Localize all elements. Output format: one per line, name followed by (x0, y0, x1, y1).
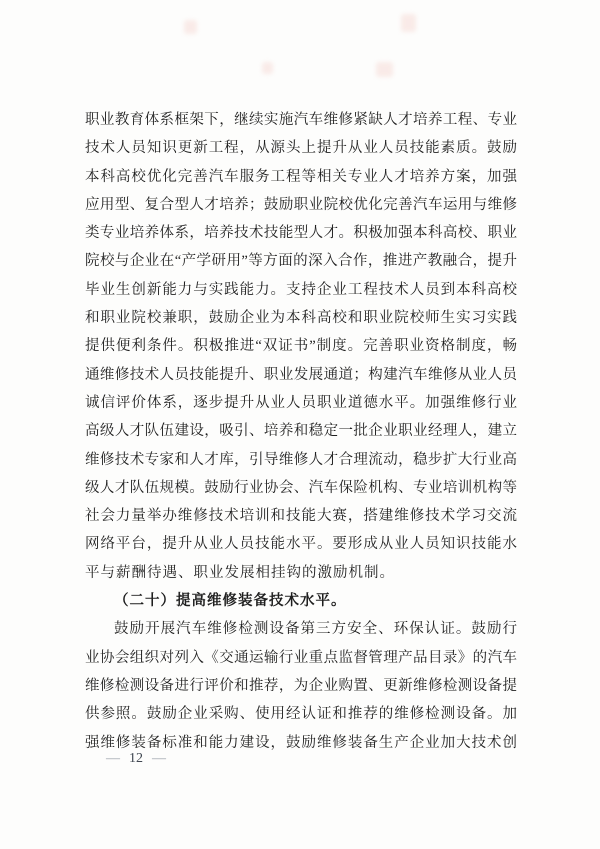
stamp-residue-mark (184, 20, 197, 34)
body-text-line: 提供便利条件。积极推进“双证书”制度。完善职业资格制度，畅 (85, 332, 517, 360)
section-heading: （二十）提高维修装备技术水平。 (85, 587, 517, 615)
body-text-line: 维修检测设备进行评价和推荐，为企业购置、更新维修检测设备提 (85, 672, 517, 700)
body-text-line: 级人才队伍规模。鼓励行业协会、汽车保险机构、专业培训机构等 (85, 474, 517, 502)
page-number: 12 (129, 751, 143, 766)
body-text-line: 和职业院校兼职，鼓励企业为本科高校和职业院校师生实习实践 (85, 304, 517, 332)
body-text-line: 供参照。鼓励企业采购、使用经认证和推荐的维修检测设备。加 (85, 700, 517, 728)
stamp-residue-mark (401, 14, 416, 32)
body-text-line: 类专业培养体系，培养技术技能型人才。积极加强本科高校、职业 (85, 219, 517, 247)
page-footer: —12— (97, 750, 175, 768)
body-text-line: 诚信评价体系，逐步提升从业人员职业道德水平。加强维修行业 (85, 389, 517, 417)
body-text-line: 网络平台，提升从业人员技能水平。要形成从业人员知识技能水 (85, 530, 517, 558)
body-text-line: 鼓励开展汽车维修检测设备第三方安全、环保认证。鼓励行 (85, 615, 517, 643)
body-text-line: 本科高校优化完善汽车服务工程等相关专业人才培养方案，加强 (85, 163, 517, 191)
body-text-line: 院校与企业在“产学研用”等方面的深入合作，推进产教融合，提升 (85, 247, 517, 275)
body-text-line: 维修技术专家和人才库，引导维修人才合理流动，稳步扩大行业高 (85, 446, 517, 474)
body-text-line: 毕业生创新能力与实践能力。支持企业工程技术人员到本科高校 (85, 276, 517, 304)
body-text-line: 职业教育体系框架下，继续实施汽车维修紧缺人才培养工程、专业 (85, 106, 517, 134)
body-text-line: 高级人才队伍建设，吸引、培养和稳定一批企业职业经理人，建立 (85, 417, 517, 445)
document-page: 职业教育体系框架下，继续实施汽车维修紧缺人才培养工程、专业 技术人员知识更新工程… (0, 0, 600, 849)
page-body: 职业教育体系框架下，继续实施汽车维修紧缺人才培养工程、专业 技术人员知识更新工程… (85, 106, 517, 757)
footer-dash: — (97, 751, 129, 766)
body-text-line: 通维修技术人员技能提升、职业发展通道；构建汽车维修从业人员 (85, 361, 517, 389)
footer-dash: — (143, 751, 175, 766)
body-text-line: 社会力量举办维修技术培训和技能大赛，搭建维修技术学习交流 (85, 502, 517, 530)
stamp-residue-mark (262, 62, 273, 74)
body-text-line: 技术人员知识更新工程，从源头上提升从业人员技能素质。鼓励 (85, 134, 517, 162)
body-text-line: 业协会组织对列入《交通运输行业重点监督管理产品目录》的汽车 (85, 644, 517, 672)
body-text-line: 应用型、复合型人才培养；鼓励职业院校优化完善汽车运用与维修 (85, 191, 517, 219)
body-text-line: 平与薪酬待遇、职业发展相挂钩的激励机制。 (85, 559, 517, 587)
stamp-residue-mark (376, 62, 393, 77)
